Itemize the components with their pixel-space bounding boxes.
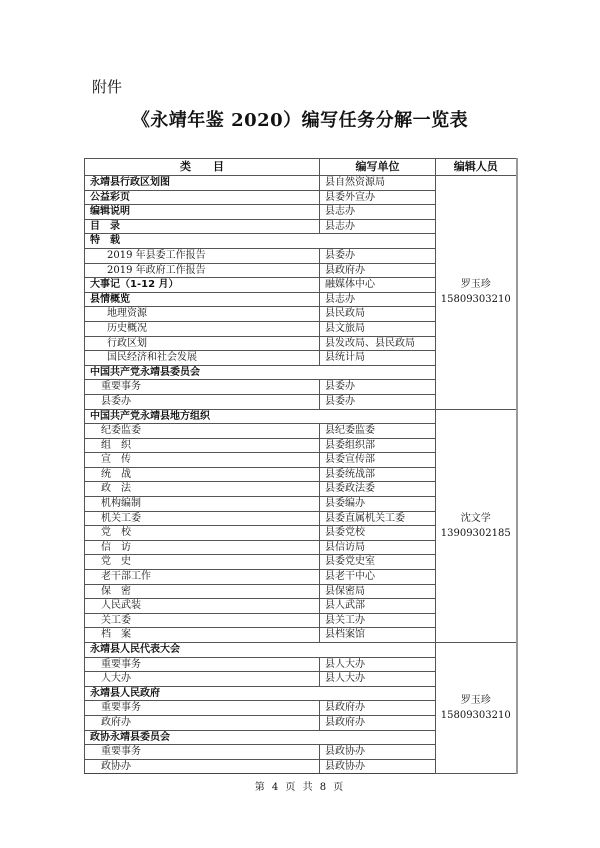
- unit-cell: 县委宣传部: [320, 453, 436, 468]
- editor-phone: 15809303210: [436, 292, 516, 307]
- unit-cell: 县委办: [320, 380, 436, 395]
- category-cell: 2019 年政府工作报告: [85, 263, 320, 278]
- category-cell: 国民经济和社会发展: [85, 351, 320, 366]
- unit-cell: 县志办: [320, 219, 436, 234]
- category-cell: 关工委: [85, 613, 320, 628]
- category-cell: 机构编制: [85, 497, 320, 512]
- category-cell: 永靖县行政区划图: [85, 176, 320, 191]
- unit-cell: 县政府办: [320, 701, 436, 716]
- category-cell: 老干部工作: [85, 570, 320, 585]
- unit-cell: 县关工办: [320, 613, 436, 628]
- category-cell: 党 校: [85, 526, 320, 541]
- unit-cell: 县委编办: [320, 497, 436, 512]
- unit-cell: 县信访局: [320, 540, 436, 555]
- page-footer: 第 4 页 共 8 页: [0, 778, 600, 793]
- unit-cell: 县档案馆: [320, 628, 436, 643]
- header-category: 类 目: [85, 159, 320, 176]
- unit-cell: 县政协办: [320, 759, 436, 774]
- table-row: 中国共产党永靖县地方组织沈文学13909302185: [85, 409, 517, 424]
- category-cell: 政 法: [85, 482, 320, 497]
- editor-name: 罗玉珍: [436, 693, 516, 708]
- category-cell: 人民武装: [85, 599, 320, 614]
- unit-cell: 县发改局、县民政局: [320, 336, 436, 351]
- category-cell: 历史概况: [85, 321, 320, 336]
- category-cell: 县委办: [85, 394, 320, 409]
- unit-cell: 县老干中心: [320, 570, 436, 585]
- category-cell: 中国共产党永靖县地方组织: [85, 409, 436, 424]
- category-cell: 档 案: [85, 628, 320, 643]
- category-cell: 人大办: [85, 672, 320, 687]
- category-cell: 县情概览: [85, 292, 320, 307]
- unit-cell: 县委党史室: [320, 555, 436, 570]
- unit-cell: 县委党校: [320, 526, 436, 541]
- category-cell: 统 战: [85, 467, 320, 482]
- category-cell: 大事记（1-12 月）: [85, 278, 320, 293]
- unit-cell: 县委外宣办: [320, 190, 436, 205]
- unit-cell: 县政协办: [320, 745, 436, 760]
- unit-cell: 县委政法委: [320, 482, 436, 497]
- category-cell: 组 织: [85, 438, 320, 453]
- category-cell: 特 载: [85, 234, 436, 249]
- attachment-label: 附件: [92, 76, 122, 97]
- category-cell: 政协永靖县委员会: [85, 730, 436, 745]
- unit-cell: 县委直属机关工委: [320, 511, 436, 526]
- document-title: 《永靖年鉴 2020）编写任务分解一览表: [0, 106, 600, 132]
- unit-cell: 县自然资源局: [320, 176, 436, 191]
- unit-cell: 县政府办: [320, 263, 436, 278]
- category-cell: 重要事务: [85, 745, 320, 760]
- table-row: 永靖县人民代表大会罗玉珍15809303210: [85, 643, 517, 658]
- unit-cell: 县人大办: [320, 657, 436, 672]
- category-cell: 2019 年县委工作报告: [85, 248, 320, 263]
- category-cell: 重要事务: [85, 701, 320, 716]
- unit-cell: 县委组织部: [320, 438, 436, 453]
- header-unit: 编写单位: [320, 159, 436, 176]
- category-cell: 党 史: [85, 555, 320, 570]
- editor-phone: 15809303210: [436, 708, 516, 723]
- category-cell: 地理资源: [85, 307, 320, 322]
- category-cell: 公益彩页: [85, 190, 320, 205]
- category-cell: 政协办: [85, 759, 320, 774]
- category-cell: 永靖县人民政府: [85, 686, 436, 701]
- category-cell: 永靖县人民代表大会: [85, 643, 436, 658]
- unit-cell: 县委办: [320, 394, 436, 409]
- unit-cell: 县政府办: [320, 715, 436, 730]
- category-cell: 重要事务: [85, 657, 320, 672]
- editor-cell: 罗玉珍15809303210: [436, 176, 517, 410]
- table-row: 永靖县行政区划图县自然资源局罗玉珍15809303210: [85, 176, 517, 191]
- category-cell: 宣 传: [85, 453, 320, 468]
- unit-cell: 县人大办: [320, 672, 436, 687]
- unit-cell: 县委办: [320, 248, 436, 263]
- category-cell: 中国共产党永靖县委员会: [85, 365, 436, 380]
- editor-phone: 13909302185: [436, 526, 516, 541]
- unit-cell: 县文旅局: [320, 321, 436, 336]
- category-cell: 目 录: [85, 219, 320, 234]
- unit-cell: 县统计局: [320, 351, 436, 366]
- unit-cell: 县纪委监委: [320, 424, 436, 439]
- editor-cell: 罗玉珍15809303210: [436, 643, 517, 774]
- category-cell: 编辑说明: [85, 205, 320, 220]
- unit-cell: 县志办: [320, 205, 436, 220]
- unit-cell: 融媒体中心: [320, 278, 436, 293]
- category-cell: 行政区划: [85, 336, 320, 351]
- unit-cell: 县保密局: [320, 584, 436, 599]
- category-cell: 信 访: [85, 540, 320, 555]
- editor-cell: 沈文学13909302185: [436, 409, 517, 643]
- task-table: 类 目 编写单位 编辑人员 永靖县行政区划图县自然资源局罗玉珍158093032…: [84, 158, 518, 774]
- table-body: 永靖县行政区划图县自然资源局罗玉珍15809303210公益彩页县委外宣办编辑说…: [85, 176, 517, 774]
- editor-name: 沈文学: [436, 511, 516, 526]
- category-cell: 保 密: [85, 584, 320, 599]
- unit-cell: 县人武部: [320, 599, 436, 614]
- table-header-row: 类 目 编写单位 编辑人员: [85, 159, 517, 176]
- unit-cell: 县民政局: [320, 307, 436, 322]
- category-cell: 纪委监委: [85, 424, 320, 439]
- editor-name: 罗玉珍: [436, 277, 516, 292]
- category-cell: 政府办: [85, 715, 320, 730]
- category-cell: 机关工委: [85, 511, 320, 526]
- unit-cell: 县志办: [320, 292, 436, 307]
- category-cell: 重要事务: [85, 380, 320, 395]
- header-editor: 编辑人员: [436, 159, 517, 176]
- unit-cell: 县委统战部: [320, 467, 436, 482]
